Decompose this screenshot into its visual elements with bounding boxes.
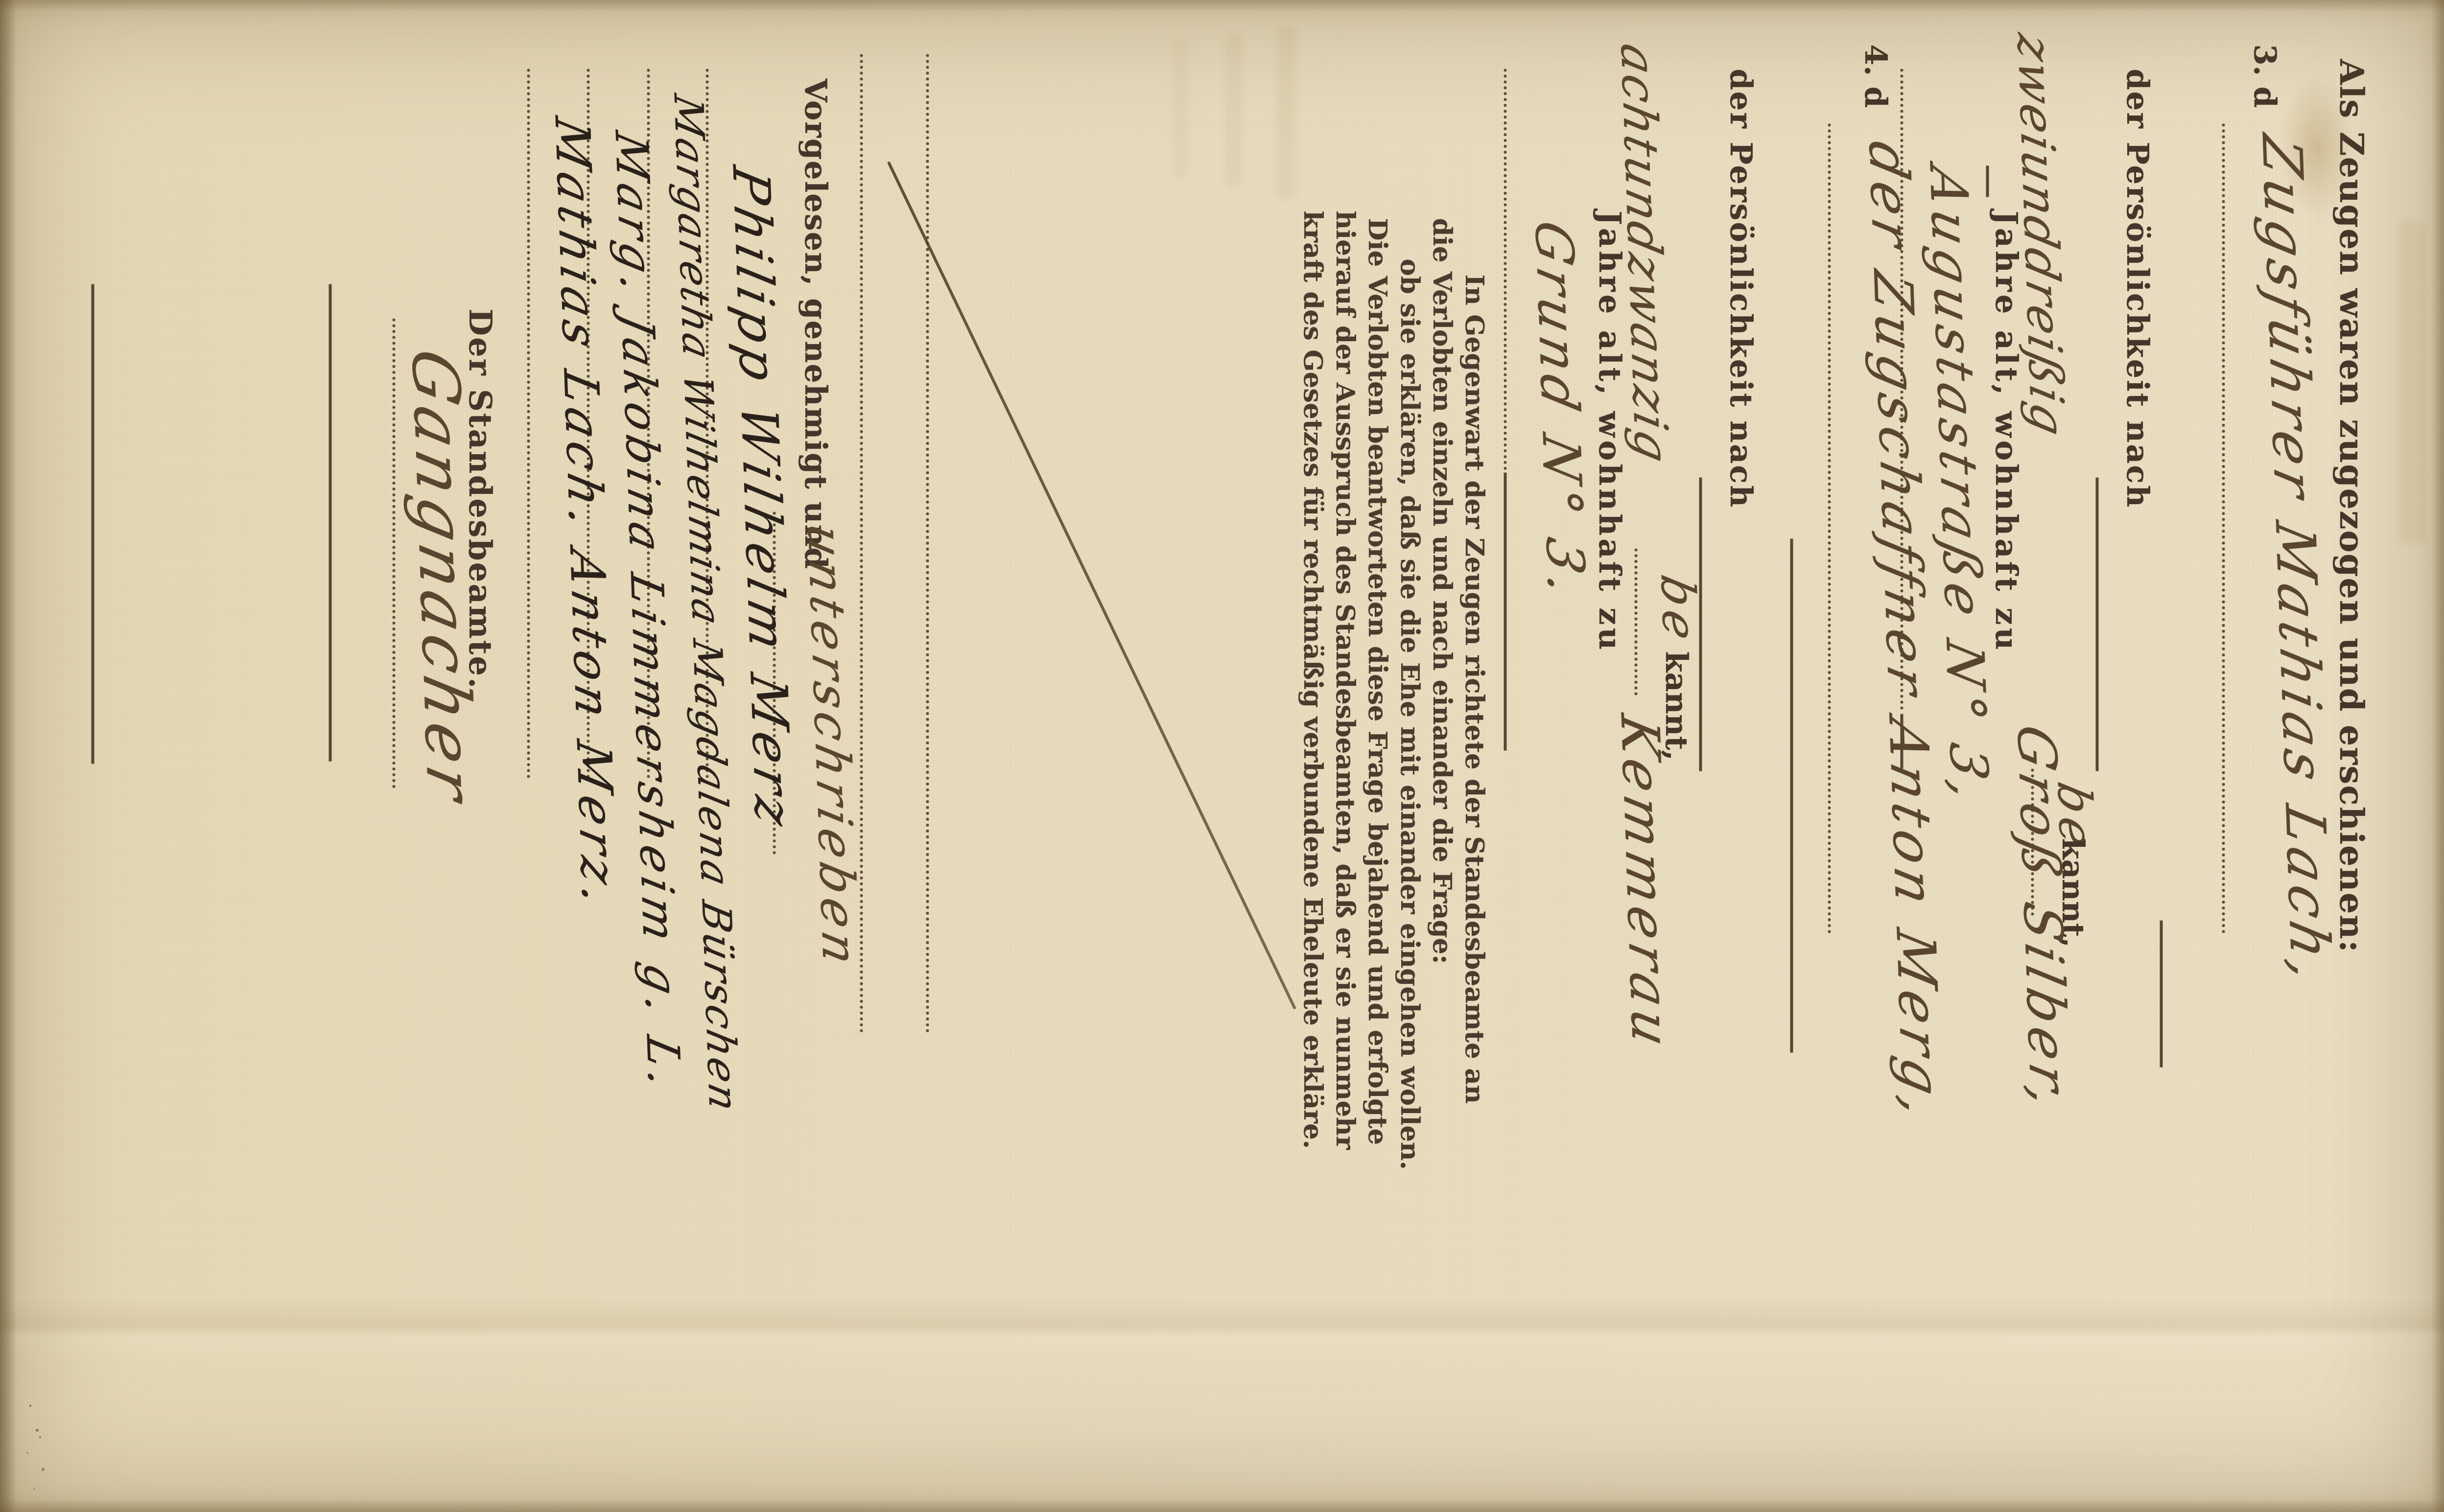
witness4-be-handwriting: be — [1650, 570, 1706, 650]
paragraph-line: hierauf der Ausspruch des Standesbeamten… — [1330, 210, 1360, 1149]
paragraph-line: ob sie erklären, daß sie die Ehe mit ein… — [1394, 258, 1425, 1170]
bleed-through-smudge — [2398, 220, 2426, 543]
paragraph-line: die Verlobten einzeln und nach einander … — [1427, 218, 1457, 964]
witness3-name-end-rule — [2160, 920, 2162, 1067]
witness3-age-label: Jahre alt, wohnhaft zu — [1988, 210, 2024, 652]
witness3-persoenlichkeit-label: der Persönlichkeit nach — [2119, 69, 2155, 509]
witness4-street-handwriting: Grund N° 3. — [1523, 215, 1597, 605]
witness4-age-label: Jahre alt, wohnhaft zu — [1592, 210, 1627, 652]
witness3-residence-handwriting: Groß Silber, — [2005, 720, 2079, 1117]
witness4-name-dotted-rule — [1828, 123, 1831, 933]
bleed-through-smudge — [1173, 39, 1188, 176]
witness3-name-handwriting: Zugsführer Mathias Lach, — [2249, 130, 2342, 992]
paragraph-line: Die Verlobten beantworteten diese Frage … — [1362, 218, 1392, 1145]
signature-rule — [527, 69, 530, 778]
witness4-name-end-rule — [1790, 538, 1793, 1052]
bleed-through-smudge — [1276, 27, 1296, 198]
ink-speckles — [29, 1405, 31, 1407]
vorgelesen-label: Vorgelesen, genehmigt und — [798, 78, 833, 569]
registrar-solid-rule — [329, 284, 331, 761]
scanned-document-canvas: Als Zeugen waren zugezogen und erschiene… — [0, 0, 2444, 1512]
witness3-name-dotted-rule — [2222, 123, 2225, 933]
witness4-street-dotted-rule — [1504, 69, 1506, 470]
paragraph-line: In Gegenwart der Zeugen richtete der Sta… — [1459, 274, 1489, 1104]
witness3-age-dash-rule — [1986, 165, 1989, 197]
registrar-signature-dotted-rule — [392, 318, 395, 788]
witness4-number-label: 4. d — [1857, 44, 1893, 108]
witness4-persoenlichkeit-label: der Persönlichkeit nach — [1723, 69, 1759, 509]
witness4-street-end-rule — [1504, 472, 1506, 750]
cancellation-stroke — [887, 161, 1296, 1010]
witness3-number-label: 3. d — [2247, 44, 2282, 108]
witness4-kannt-dotted-rule — [1634, 548, 1637, 695]
register-page-sheet: Als Zeugen waren zugezogen und erschiene… — [0, 0, 2444, 1512]
registrar-signature-handwriting: Gangnacher — [397, 343, 488, 812]
witness3-persoenlichkeit-blank-rule — [2095, 477, 2098, 771]
bottom-section-rule — [91, 284, 94, 764]
blank-dotted-line — [926, 54, 929, 1033]
vorgelesen-handwriting: unterschrieben — [796, 519, 867, 974]
paragraph-line: kraft des Gesetzes für rechtmäßig verbun… — [1297, 210, 1328, 1149]
bleed-through-smudge — [1225, 34, 1242, 186]
witness4-residence-handwriting: Kemmerau — [1608, 710, 1681, 1056]
